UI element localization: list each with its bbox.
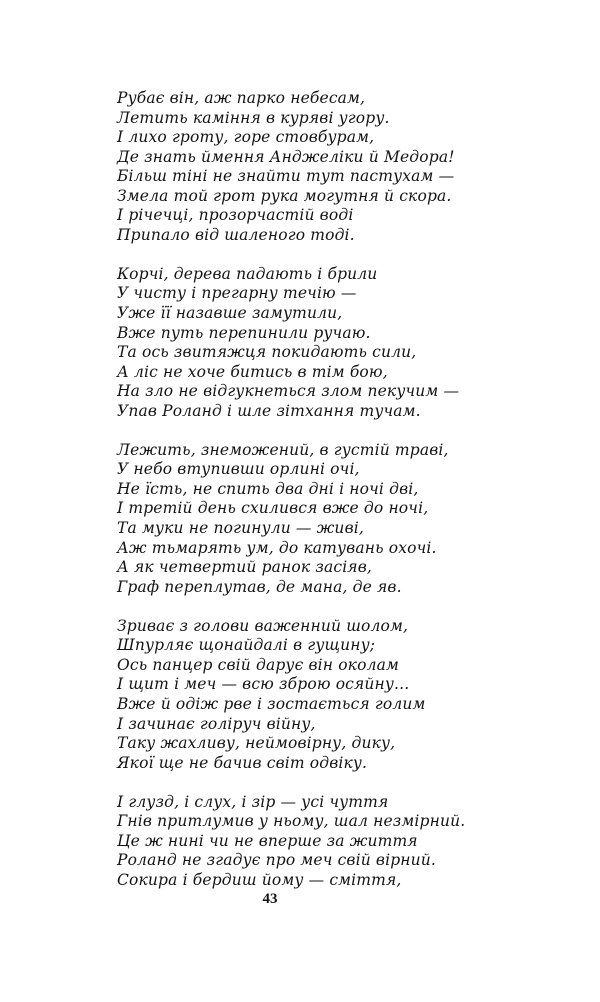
verse-line: Корчі, дерева падають і брили xyxy=(117,265,557,285)
verse-line: А ліс не хоче битись в тім бою, xyxy=(117,363,557,383)
verse-line: На зло не відгукнеться злом пекучим — xyxy=(117,382,557,402)
verse-line: Уже її назавше замутили, xyxy=(117,304,557,324)
verse-line: Граф переплутав, де мана, де яв. xyxy=(117,578,557,598)
verse-line: У небо втупивши орлині очі, xyxy=(117,460,557,480)
verse-line: Аж тьмарять ум, до катувань охочі. xyxy=(117,539,557,559)
verse-line: Роланд не згадує про меч свій вірний. xyxy=(117,851,557,871)
page-number: 43 xyxy=(0,891,540,908)
verse-line: І глузд, і слух, і зір — усі чуття xyxy=(117,793,557,813)
verse-line: Ось панцер свій дарує він околам xyxy=(117,656,557,676)
verse-line: Вже путь перепинили ручаю. xyxy=(117,324,557,344)
stanza-3: Лежить, знеможений, в густій траві, У не… xyxy=(117,441,557,597)
verse-line: Зриває з голови важенний шолом, xyxy=(117,617,557,637)
verse-line: Це ж нині чи не вперше за життя xyxy=(117,832,557,852)
verse-line: Шпурляє щонайдалі в гущину; xyxy=(117,636,557,656)
verse-line: Вже й одіж рве і зостається голим xyxy=(117,695,557,715)
verse-line: Лежить, знеможений, в густій траві, xyxy=(117,441,557,461)
verse-line: Не їсть, не спить два дні і ночі дві, xyxy=(117,480,557,500)
verse-line: Припало від шаленого тоді. xyxy=(117,226,557,246)
verse-line: Та муки не погинули — живі, xyxy=(117,519,557,539)
verse-line: Летить каміння в куряві угору. xyxy=(117,109,557,129)
verse-line: Упав Роланд і шле зітхання тучам. xyxy=(117,402,557,422)
verse-line: Рубає він, аж парко небесам, xyxy=(117,89,557,109)
verse-line: Де знать ймення Анджеліки й Медора! xyxy=(117,148,557,168)
verse-line: І зачинає голіруч війну, xyxy=(117,715,557,735)
verse-line: І річечці, прозорчастій воді xyxy=(117,206,557,226)
verse-line: А як четвертий ранок засіяв, xyxy=(117,558,557,578)
verse-line: Змела той грот рука могутня й скора. xyxy=(117,187,557,207)
verse-line: Та ось звитяжця покидають сили, xyxy=(117,343,557,363)
stanza-4: Зриває з голови важенний шолом, Шпурляє … xyxy=(117,617,557,773)
poem-text: Рубає він, аж парко небесам, Летить камі… xyxy=(117,89,557,910)
verse-line: Більш тіні не знайти тут пастухам — xyxy=(117,167,557,187)
verse-line: Таку жахливу, неймовірну, дику, xyxy=(117,734,557,754)
stanza-2: Корчі, дерева падають і брили У чисту і … xyxy=(117,265,557,421)
verse-line: І третій день схилився вже до ночі, xyxy=(117,499,557,519)
verse-line: У чисту і прегарну течію — xyxy=(117,284,557,304)
verse-line: Сокира і бердиш йому — сміття, xyxy=(117,871,557,891)
verse-line: Якої ще не бачив світ одвіку. xyxy=(117,754,557,774)
stanza-1: Рубає він, аж парко небесам, Летить камі… xyxy=(117,89,557,245)
verse-line: І лихо гроту, горе стовбурам, xyxy=(117,128,557,148)
verse-line: І щит і меч — всю зброю осяйну... xyxy=(117,675,557,695)
verse-line: Гнів притлумив у ньому, шал незмірний. xyxy=(117,812,557,832)
stanza-5: І глузд, і слух, і зір — усі чуття Гнів … xyxy=(117,793,557,891)
book-page: Рубає він, аж парко небесам, Летить камі… xyxy=(0,0,600,1002)
